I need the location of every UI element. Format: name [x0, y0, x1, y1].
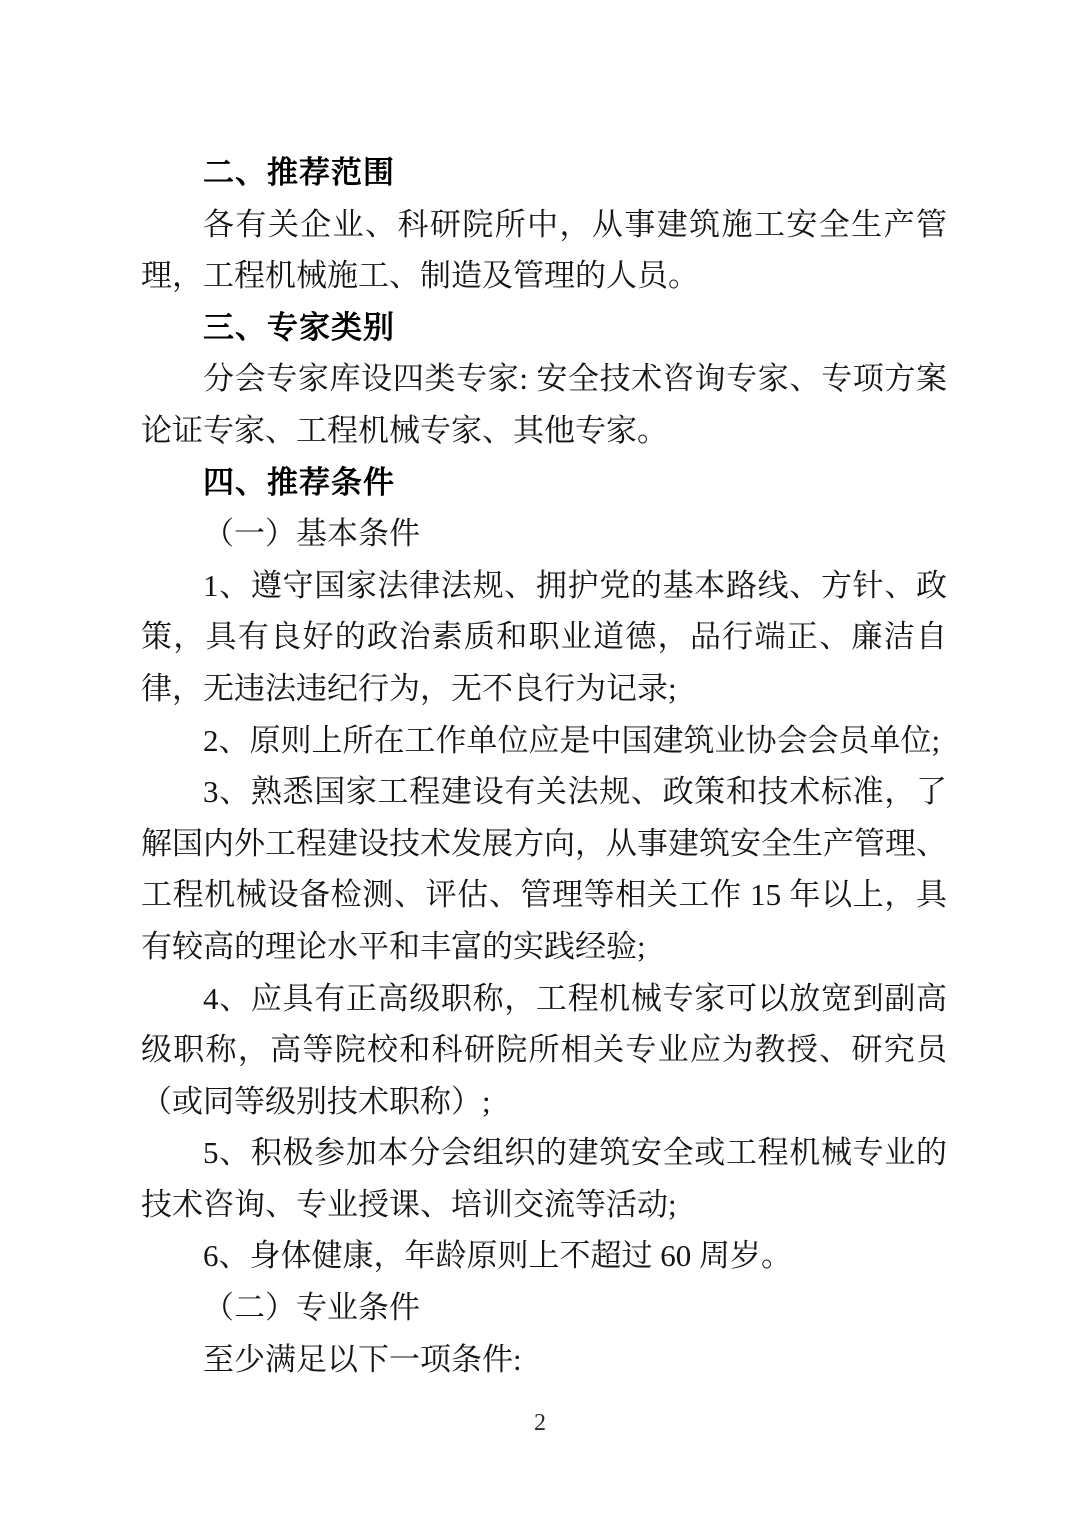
paragraph-recommendation-scope-body: 各有关企业、科研院所中，从事建筑施工安全生产管理，工程机械施工、制造及管理的人员… — [141, 199, 947, 302]
paragraph-expert-categories-body: 分会专家库设四类专家: 安全技术咨询专家、专项方案论证专家、工程机械专家、其他专… — [141, 353, 947, 456]
subsection-professional-criteria: （二）专业条件 — [141, 1282, 947, 1334]
section-heading-expert-categories: 三、专家类别 — [141, 302, 947, 354]
paragraph-criterion-4: 4、应具有正高级职称，工程机械专家可以放宽到副高级职称，高等院校和科研院所相关专… — [141, 973, 947, 1128]
paragraph-criterion-3: 3、熟悉国家工程建设有关法规、政策和技术标准，了解国内外工程建设技术发展方向，从… — [141, 766, 947, 972]
document-page: 二、推荐范围 各有关企业、科研院所中，从事建筑施工安全生产管理，工程机械施工、制… — [0, 0, 1080, 1528]
paragraph-professional-criteria-intro: 至少满足以下一项条件: — [141, 1334, 947, 1386]
page-number: 2 — [0, 1408, 1080, 1438]
paragraph-criterion-6: 6、身体健康，年龄原则上不超过 60 周岁。 — [141, 1230, 947, 1282]
section-heading-recommendation-scope: 二、推荐范围 — [141, 147, 947, 199]
document-body: 二、推荐范围 各有关企业、科研院所中，从事建筑施工安全生产管理，工程机械施工、制… — [141, 147, 947, 1385]
section-heading-recommendation-criteria: 四、推荐条件 — [141, 457, 947, 509]
paragraph-criterion-2: 2、原则上所在工作单位应是中国建筑业协会会员单位; — [141, 715, 947, 767]
paragraph-criterion-1: 1、遵守国家法律法规、拥护党的基本路线、方针、政策，具有良好的政治素质和职业道德… — [141, 560, 947, 715]
paragraph-criterion-5: 5、积极参加本分会组织的建筑安全或工程机械专业的技术咨询、专业授课、培训交流等活… — [141, 1127, 947, 1230]
subsection-basic-criteria: （一）基本条件 — [141, 508, 947, 560]
